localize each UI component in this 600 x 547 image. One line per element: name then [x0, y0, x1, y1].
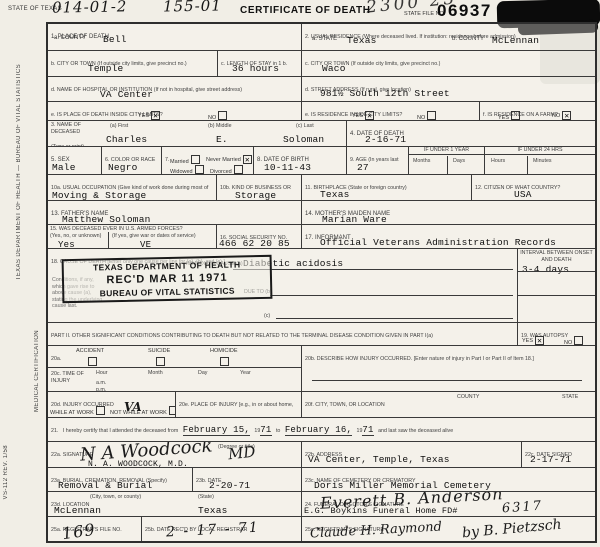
20f-label: 20f. CITY, TOWN, OR LOCATION	[305, 402, 385, 408]
field-autopsy: 19. WAS AUTOPSY PERFORMED? YES✕ NO	[518, 323, 595, 346]
injury-write-line	[312, 380, 582, 381]
homicide-checkbox	[220, 357, 229, 366]
field-if-under-24-hrs: IF UNDER 24 HRS Hours Minutes	[485, 147, 595, 175]
field-injury-occurred: 20d. INJURY OCCURRED WHILE AT WORK NOT W…	[48, 392, 176, 418]
middle-name-label: (b) Middle	[208, 123, 232, 130]
stamp-line-3: BUREAU OF VITAL STATISTICS	[67, 285, 267, 299]
hospital-value: VA Center	[100, 89, 153, 100]
row-9: 15. WAS DECEASED EVER IN U.S. ARMED FORC…	[48, 225, 595, 249]
marital-widowed: Widowed	[170, 165, 205, 175]
registrar-signature-by: by B. Pietzsch	[461, 517, 562, 541]
autopsy-no: NO	[564, 336, 584, 346]
marital-married: Married	[170, 155, 201, 165]
field-marital-status: 7. Married Never Married✕ Widowed Divorc…	[162, 147, 254, 175]
cause-b-line	[270, 295, 513, 296]
field-part-ii: PART II. OTHER SIGNIFICANT CONDITIONS CO…	[48, 323, 518, 346]
field-age: 9. AGE (In years last birthday) 27	[347, 147, 409, 175]
20a-label: 20a.	[51, 356, 61, 362]
county-label: a. COUNTY	[54, 35, 86, 42]
street-address-value: 981½ South 12th Street	[320, 88, 450, 99]
death-certificate-form: 1. PLACE OF DEATH a. COUNTY Bell 2. USUA…	[46, 22, 597, 543]
citizen-value: USA	[514, 189, 532, 200]
death-inside-yes-checkbox: ✕	[151, 111, 160, 120]
accident-checkbox	[88, 357, 97, 366]
marital-label: 7.	[165, 157, 169, 163]
hours-label: Hours	[491, 158, 505, 165]
ssn-value: 466 62 20 85	[219, 238, 290, 249]
field-mother-name: 14. MOTHER'S MAIDEN NAME Marian Ware	[302, 201, 595, 225]
field-occupation: 10a. USUAL OCCUPATION (Give kind of work…	[48, 175, 217, 201]
field-color-or-race: 6. COLOR OR RACE Negro	[102, 147, 162, 175]
burial-location-state: Texas	[198, 505, 228, 516]
burial-location-county: McLennan	[54, 505, 101, 516]
field-funeral-director: 24. FUNERAL DIRECTOR'S SIGNATURE Everett…	[302, 492, 595, 517]
field-describe-injury: 20b. DESCRIBE HOW INJURY OCCURRED. [Ente…	[302, 346, 595, 368]
field-if-under-1-year: IF UNDER 1 YEAR Months Days	[409, 147, 485, 175]
certify-text-2: and last saw the deceased alive	[378, 428, 453, 434]
armed-forces-sub2: (If yes, give war or dates of service)	[112, 233, 212, 240]
field-certification-statement: 21. I hereby certify that I attended the…	[48, 418, 595, 442]
field-hospital: d. NAME OF HOSPITAL OR INSTITUTION (If n…	[48, 77, 302, 102]
row-15: 21. I hereby certify that I attended the…	[48, 418, 595, 442]
county-value: Bell	[103, 34, 127, 45]
field-place-of-injury: 20e. PLACE OF INJURY [e.g., in or about …	[176, 392, 302, 418]
first-name-label: (a) First	[110, 123, 128, 130]
field-name-of-deceased: 3. NAME OF DECEASED (Type or print) (a) …	[48, 121, 347, 147]
field-date-of-death: 4. DATE OF DEATH 2-16-71	[347, 121, 595, 147]
homicide-label: HOMICIDE	[210, 348, 238, 354]
20c-label: 20c. TIME OF INJURY	[51, 371, 85, 384]
injury-county-label: COUNTY	[457, 394, 479, 401]
residence-county-label: b. COUNTY	[452, 36, 484, 43]
field-citizen: 12. CITIZEN OF WHAT COUNTRY? USA	[472, 175, 595, 201]
physician-signature-degree: MD	[227, 443, 256, 464]
farm-no-checkbox: ✕	[562, 111, 571, 120]
row-11: PART II. OTHER SIGNIFICANT CONDITIONS CO…	[48, 323, 595, 346]
hour-label: Hour	[96, 370, 107, 377]
death-inside-no: NO	[208, 111, 228, 121]
divorced-checkbox	[234, 165, 243, 174]
armed-forces-label: 15. WAS DECEASED EVER IN U.S. ARMED FORC…	[48, 225, 216, 233]
to-text: to	[276, 428, 280, 434]
field-accident-suicide-homicide: 20a. ACCIDENT SUICIDE HOMICIDE	[48, 346, 302, 368]
divider	[527, 156, 528, 174]
field-time-of-injury: 20c. TIME OF INJURY Hour a.m. p.m. Month…	[48, 368, 302, 392]
row-4: e. IS PLACE OF DEATH INSIDE CITY LIMITS?…	[48, 102, 595, 121]
row-6: 5. SEX Male 6. COLOR OR RACE Negro 7. Ma…	[48, 147, 595, 175]
city-of-death-value: Temple	[88, 63, 123, 74]
field-sex: 5. SEX Male	[48, 147, 102, 175]
farm-yes: YES	[498, 111, 521, 121]
received-stamp: TEXAS DEPARTMENT OF HEALTH REC'D MAR 11 …	[62, 255, 273, 303]
cause-c-line	[276, 318, 513, 319]
residence-inside-yes-checkbox: ✕	[365, 111, 374, 120]
age-value: 27	[357, 162, 369, 173]
armed-forces-sub1: (Yes, no, or unknown)	[50, 233, 101, 240]
physician-typed-name: N. A. WOODCOCK, M.D.	[88, 460, 188, 468]
field-residence-inside-city-limits: e. IS RESIDENCE INSIDE CITY LIMITS? YES✕…	[302, 102, 480, 121]
autopsy-no-checkbox	[574, 336, 583, 345]
field-registrar-file-no: 25a. REGISTRAR'S FILE NO. 169	[48, 517, 142, 541]
row-1: 1. PLACE OF DEATH a. COUNTY Bell 2. USUA…	[48, 24, 595, 51]
physician-address-value: VA Center, Temple, Texas	[308, 454, 450, 465]
year-label: Year	[240, 370, 251, 377]
left-margin-medical-certification-text: MEDICAL CERTIFICATION	[34, 330, 40, 412]
suicide-label: SUICIDE	[148, 348, 170, 354]
industry-value: Storage	[235, 190, 276, 201]
21-label: 21.	[51, 428, 58, 434]
registrar-file-no-value: 169	[61, 520, 97, 541]
row-8: 13. FATHER'S NAME Matthew Soloman 14. MO…	[48, 201, 595, 225]
field-city-of-death: b. CITY OR TOWN (If outside city limits,…	[48, 51, 218, 77]
residence-city-value: Waco	[322, 63, 346, 74]
not-while-at-work-checkbox	[169, 406, 176, 415]
field-interval-onset-death: INTERVAL BETWEEN ONSET AND DEATH 3-4 day…	[518, 249, 595, 323]
field-industry: 10b. KIND OF BUSINESS OR INDUSTRY Storag…	[217, 175, 302, 201]
row-7: 10a. USUAL OCCUPATION (Give kind of work…	[48, 175, 595, 201]
while-at-work-checkbox	[96, 406, 105, 415]
attended-from-date: February 15,	[183, 425, 250, 436]
field-describe-injury-line	[302, 368, 595, 392]
field-street-address: d. STREET ADDRESS (If rural, give locati…	[302, 77, 595, 102]
race-value: Negro	[108, 162, 138, 173]
widowed-checkbox	[195, 165, 204, 174]
attended-to-year: 71	[362, 425, 373, 436]
row-2: b. CITY OR TOWN (If outside city limits,…	[48, 51, 595, 77]
field-armed-forces: 15. WAS DECEASED EVER IN U.S. ARMED FORC…	[48, 225, 217, 249]
left-margin-department-text: TEXAS DEPARTMENT OF HEALTH — BUREAU OF V…	[16, 64, 22, 280]
attended-to-date: February 16,	[285, 425, 352, 436]
minutes-label: Minutes	[533, 158, 552, 165]
field-date-signed: 22c. DATE SIGNED 2-17-71	[522, 442, 595, 468]
funeral-home-typed: E.G. Boykins Funeral Home FD#	[304, 506, 458, 516]
registrar-signature-script: Claude H. Raymond	[310, 520, 443, 541]
married-checkbox	[191, 155, 200, 164]
interval-value: 3-4 days	[518, 264, 595, 275]
interval-line	[518, 271, 595, 272]
months-label: Months	[413, 158, 430, 165]
marital-divorced: Divorced	[210, 165, 244, 175]
field-death-inside-city-limits: e. IS PLACE OF DEATH INSIDE CITY LIMITS?…	[48, 102, 302, 121]
residence-county-value: McLennan	[492, 35, 539, 46]
field-father-name: 13. FATHER'S NAME Matthew Soloman	[48, 201, 302, 225]
field-residence-city: c. CITY OR TOWN (If outside city limits,…	[302, 51, 595, 77]
field-place-of-death-county: 1. PLACE OF DEATH a. COUNTY Bell	[48, 24, 302, 51]
dob-value: 10-11-43	[264, 162, 311, 173]
sex-value: Male	[52, 162, 76, 173]
row-17: 23a. BURIAL, CREMATION, REMOVAL (Specify…	[48, 468, 595, 492]
20b-label: 20b. DESCRIBE HOW INJURY OCCURRED. [Ente…	[305, 356, 534, 362]
row-3: d. NAME OF HOSPITAL OR INSTITUTION (If n…	[48, 77, 595, 102]
field-date-of-birth: 8. DATE OF BIRTH 10-11-43	[254, 147, 347, 175]
birthplace-value: Texas	[320, 189, 350, 200]
mother-value: Marian Ware	[322, 214, 387, 225]
row-12: 20a. ACCIDENT SUICIDE HOMICIDE 20b. DESC…	[48, 346, 595, 368]
while-at-work: WHILE AT WORK	[50, 406, 106, 416]
field-physician-address: 22b. ADDRESS VA Center, Temple, Texas	[302, 442, 522, 468]
length-of-stay-value: 36 hours	[232, 63, 279, 74]
residence-inside-no-checkbox	[427, 111, 436, 120]
state-file-number: 06937	[437, 1, 492, 21]
row-16: 22a. SIGNATURE (Degree or title) N A Woo…	[48, 442, 595, 468]
row-19: 25a. REGISTRAR'S FILE NO. 169 25b. DATE …	[48, 517, 595, 541]
interval-label: INTERVAL BETWEEN ONSET AND DEATH	[518, 249, 595, 264]
left-margin-form-code: VS-112 REV. 1/58	[3, 445, 9, 499]
days-label: Days	[453, 158, 465, 165]
injury-state-label: STATE	[562, 394, 578, 401]
month-label: Month	[148, 370, 163, 377]
row-14: 20d. INJURY OCCURRED WHILE AT WORK NOT W…	[48, 392, 595, 418]
armed-forces-value: Yes	[58, 240, 75, 249]
field-injury-city: 20f. CITY, TOWN, OR LOCATION COUNTY STAT…	[302, 392, 595, 418]
field-usual-residence: 2. USUAL RESIDENCE (Where deceased lived…	[302, 24, 595, 51]
handwritten-va: VA	[124, 400, 142, 414]
row-10: 18. CAUSE OF DEATH [Enter only one cause…	[48, 249, 595, 323]
field-birthplace: 11. BIRTHPLACE (State or foreign country…	[302, 175, 472, 201]
field-burial-type: 23a. BURIAL, CREMATION, REMOVAL (Specify…	[48, 468, 193, 492]
field-informant: 17. INFORMANT Official Veterans Administ…	[302, 225, 595, 249]
ampm-label: a.m. p.m.	[96, 380, 112, 392]
funeral-home-number: 6317	[502, 499, 544, 517]
date-signed-value: 2-17-71	[530, 454, 571, 465]
farm-yes-checkbox	[511, 111, 520, 120]
23d-state-sublabel: (State)	[198, 494, 214, 501]
field-date-received: 25b. DATE REC'D BY LOCAL REGISTRAR 2 - 1…	[142, 517, 302, 541]
field-length-of-stay: c. LENGTH OF STAY in 1 b. 36 hours	[218, 51, 302, 77]
day-label: Day	[198, 370, 207, 377]
page-title: CERTIFICATE OF DEATH	[240, 5, 371, 16]
residence-state-value: Texas	[347, 35, 377, 46]
father-value: Matthew Soloman	[62, 214, 151, 225]
under-24-hrs-label: IF UNDER 24 HRS	[485, 147, 595, 155]
name-label: 3. NAME OF DECEASED	[51, 122, 109, 135]
not-while-at-work: NOT WHILE AT WORK	[110, 406, 176, 416]
death-inside-yes: YES✕	[138, 111, 161, 120]
field-cemetery-name: 23c. NAME OF CEMETERY OR CREMATORY Doris…	[302, 468, 595, 492]
suicide-checkbox	[156, 357, 165, 366]
farm-no: NO✕	[552, 111, 572, 120]
field-cause-of-death: 18. CAUSE OF DEATH [Enter only one cause…	[48, 249, 518, 323]
autopsy-yes: YES✕	[522, 336, 545, 345]
part-ii-label: PART II. OTHER SIGNIFICANT CONDITIONS CO…	[51, 333, 433, 339]
first-name-value: Charles	[106, 134, 147, 145]
autopsy-yes-checkbox: ✕	[535, 336, 544, 345]
date-of-death-value: 2-16-71	[365, 134, 406, 145]
residence-inside-yes: YES✕	[352, 111, 375, 120]
occupation-value: Moving & Storage	[52, 190, 146, 201]
marital-never-married: Never Married✕	[206, 155, 253, 164]
death-inside-no-checkbox	[218, 111, 227, 120]
field-physician-signature: 22a. SIGNATURE (Degree or title) N A Woo…	[48, 442, 302, 468]
middle-name-value: E.	[216, 134, 228, 145]
certify-text-1: I hereby certify that I attended the dec…	[63, 428, 178, 434]
last-name-label: (c) Last	[296, 123, 314, 130]
row-18: 23d. LOCATION (City, town, or county) (S…	[48, 492, 595, 517]
20e-label: 20e. PLACE OF INJURY [e.g., in or about …	[179, 402, 293, 418]
handwritten-file-code-2: 155-01	[163, 0, 222, 16]
field-ssn: 16. SOCIAL SECURITY NO. 466 62 20 85	[217, 225, 302, 249]
divider	[447, 156, 448, 174]
field-burial-date: 23b. DATE 2-20-71	[193, 468, 302, 492]
row-13: 20c. TIME OF INJURY Hour a.m. p.m. Month…	[48, 368, 595, 392]
never-married-checkbox: ✕	[243, 155, 252, 164]
residence-state-label: a. STATE	[312, 36, 337, 43]
attended-from-year: 71	[260, 425, 271, 436]
23d-city-sublabel: (City, town, or county)	[90, 494, 141, 501]
residence-inside-no: NO	[417, 111, 437, 121]
divider	[108, 232, 109, 248]
informant-value: Official Veterans Administration Records	[320, 237, 556, 248]
field-registrar-signature: 25c. REGISTRAR'S SIGNATURE Claude H. Ray…	[302, 517, 595, 541]
field-residence-on-farm: f. IS RESIDENCE ON A FARM? YES NO✕	[480, 102, 595, 121]
field-burial-location: 23d. LOCATION (City, town, or county) (S…	[48, 492, 302, 517]
handwritten-file-code-1: 014-01-2	[52, 0, 128, 17]
cemetery-name-value: Doris Miller Memorial Cemetery	[314, 480, 491, 491]
burial-type-value: Removal & Burial	[58, 480, 152, 491]
cause-a-line	[233, 269, 513, 270]
accident-label: ACCIDENT	[76, 348, 104, 354]
row-5: 3. NAME OF DECEASED (Type or print) (a) …	[48, 121, 595, 147]
war-value: VE	[140, 240, 151, 249]
burial-date-value: 2-20-71	[209, 480, 250, 491]
interval-line-2	[518, 295, 595, 296]
last-name-value: Soloman	[283, 134, 324, 145]
under-1-year-label: IF UNDER 1 YEAR	[409, 147, 484, 155]
date-received-value: 2 - 17 - 71	[166, 520, 261, 541]
due-to-c-label: (c)	[264, 313, 270, 320]
